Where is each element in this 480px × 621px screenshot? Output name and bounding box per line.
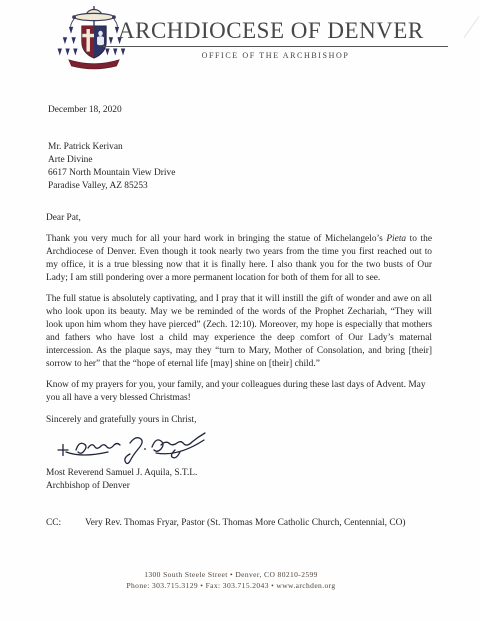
closing-line: Sincerely and gratefully yours in Christ… [46, 414, 432, 427]
recipient-name: Mr. Patrick Kerivan [48, 141, 432, 154]
recipient-city: Paradise Valley, AZ 85253 [48, 180, 432, 193]
letter-page: ARCHDIOCESE OF DENVER OFFICE OF THE ARCH… [0, 0, 480, 621]
cc-label: CC: [46, 517, 85, 530]
cc-value: Very Rev. Thomas Fryar, Pastor (St. Thom… [85, 517, 432, 530]
recipient-street: 6617 North Mountain View Drive [48, 167, 432, 180]
signer-name: Most Reverend Samuel J. Aquila, S.T.L. [46, 467, 432, 480]
signer-title: Archbishop of Denver [46, 480, 432, 493]
letter-footer: 1300 South Steele Street • Denver, CO 80… [0, 570, 471, 591]
scan-artifact [464, 16, 480, 38]
tassels-left [58, 27, 78, 56]
letterhead-text: ARCHDIOCESE OF DENVER OFFICE OF THE ARCH… [103, 18, 448, 60]
footer-contact: Phone: 303.715.3129 • Fax: 303.715.2043 … [0, 581, 471, 592]
paragraph-3: Know of my prayers for you, your family,… [46, 379, 432, 405]
organization-name: ARCHDIOCESE OF DENVER [103, 18, 448, 44]
signature-block: Most Reverend Samuel J. Aquila, S.T.L. A… [46, 467, 432, 493]
letterhead-rule [103, 46, 448, 47]
footer-address: 1300 South Steele Street • Denver, CO 80… [0, 570, 471, 581]
paragraph-1-lead: Thank you very much for all your hard wo… [46, 234, 386, 244]
salutation: Dear Pat, [46, 212, 432, 225]
letter-date: December 18, 2020 [48, 104, 432, 117]
recipient-company: Arte Divine [48, 154, 432, 167]
office-name: OFFICE OF THE ARCHBISHOP [103, 51, 448, 60]
artwork-title: Pieta [386, 234, 406, 244]
galero-knot-left [72, 15, 76, 19]
paragraph-2: The full statue is absolutely captivatin… [46, 293, 432, 371]
paragraph-1: Thank you very much for all your hard wo… [46, 233, 432, 285]
recipient-address-block: Mr. Patrick Kerivan Arte Divine 6617 Nor… [48, 141, 432, 193]
letterhead: ARCHDIOCESE OF DENVER OFFICE OF THE ARCH… [0, 0, 480, 76]
cc-line: CC: Very Rev. Thomas Fryar, Pastor (St. … [46, 517, 432, 530]
signature-handwriting [52, 430, 432, 466]
letter-body: December 18, 2020 Mr. Patrick Kerivan Ar… [46, 104, 432, 530]
crest-ribbon [69, 60, 119, 69]
